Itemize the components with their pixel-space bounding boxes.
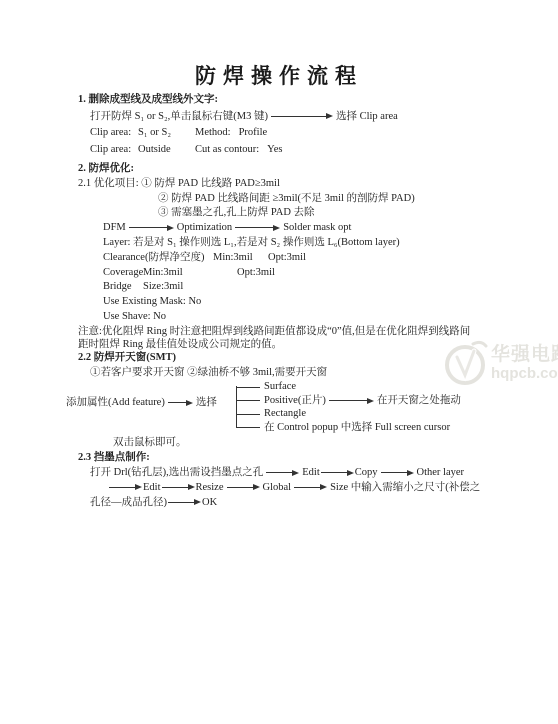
method-key: Method:: [195, 127, 231, 138]
cut-as-contour-key: Cut as contour:: [195, 144, 259, 155]
use-shave-line: Use Shave: No: [78, 310, 508, 325]
dfm-step: DFM: [103, 222, 126, 233]
section21-row: 2.1 优化项目: ① 防焊 PAD 比线路 PAD≥3mil: [78, 177, 508, 192]
optimization-step: Optimization: [177, 222, 232, 233]
ok-step: OK: [202, 497, 217, 508]
add-feature-flow: 添加属性(Add feature)选择: [66, 396, 217, 410]
ink-dam-flow-line-2: EditResizeGlobalSize 中输入需缩小之尺寸(补偿之: [78, 481, 508, 496]
other-layer-step: Other layer: [417, 467, 465, 478]
hole-diameter-text: 孔径—成品孔径): [90, 497, 167, 508]
watermark-text: 华强电路 hqpcb.com: [491, 345, 558, 382]
cut-as-contour-value: Yes: [267, 144, 282, 155]
branch-stub-line: [236, 414, 260, 415]
section1-heading: 1. 删除成型线及成型线外文字:: [78, 92, 508, 109]
drag-hint-label: 在开天窗之处拖动: [377, 394, 461, 408]
opt-item-3: ③ 需塞墨之孔,孔上防焊 PAD 去除: [78, 206, 508, 221]
flow-arrow-icon: [235, 225, 280, 231]
document-body: 1. 删除成型线及成型线外文字: 打开防焊 S₁ or S₂,单击鼠标右键(M3…: [78, 92, 508, 510]
page-title: 防焊操作流程: [0, 60, 558, 90]
branch-stub-line: [236, 387, 260, 388]
hqpcb-watermark: 华强电路 hqpcb.com: [443, 338, 558, 388]
size-input-text: Size 中输入需缩小之尺寸(补偿之: [330, 482, 480, 493]
global-step: Global: [263, 482, 292, 493]
control-popup-label: 在 Control popup 中选择 Full screen cursor: [264, 421, 450, 435]
rectangle-label: Rectangle: [264, 407, 306, 421]
branch-positive: Positive(正片)在开天窗之处拖动: [236, 394, 461, 408]
flow-arrow-icon: [162, 484, 195, 490]
flow-arrow-icon: [271, 113, 333, 119]
section1-flow: 打开防焊 S₁ or S₂,单击鼠标右键(M3 键)选择 Clip area: [78, 109, 508, 126]
coverage-row: CoverageMin:3milOpt:3mil: [78, 266, 508, 281]
branch-control-popup: 在 Control popup 中选择 Full screen cursor: [236, 421, 450, 435]
ink-dam-flow-line-3: 孔径—成品孔径)OK: [78, 496, 508, 511]
bridge-label: Bridge: [103, 280, 143, 295]
add-feature-label: 添加属性(Add feature): [66, 397, 165, 408]
clip-area-value: Outside: [138, 142, 195, 159]
flow-arrow-icon: [168, 499, 201, 505]
flow-arrow-icon: [321, 470, 354, 476]
smt-branch-diagram: 添加属性(Add feature)选择 Surface Positive(正片)…: [66, 380, 516, 436]
clip-area-key: Clip area:: [90, 142, 138, 159]
flow-arrow-icon: [381, 470, 414, 476]
open-drl-text: 打开 Drl(钻孔层),选出需设挡墨点之孔: [90, 467, 263, 478]
double-click-note: 双击鼠标即可。: [78, 436, 508, 451]
clearance-label: Clearance(防焊净空度): [103, 251, 213, 266]
opt-item-1: ① 防焊 PAD 比线路 PAD≥3mil: [141, 178, 280, 189]
flow-arrow-icon: [329, 398, 374, 404]
coverage-min: Min:3mil: [143, 266, 237, 281]
clip-area-value: S₁ or S₂: [138, 125, 195, 142]
clearance-row: Clearance(防焊净空度)Min:3milOpt:3mil: [78, 251, 508, 266]
note-line-1: 注意:优化阻焊 Ring 时注意把阻焊到线路间距值都设成“0”值,但是在优化阻焊…: [78, 325, 508, 338]
branch-rectangle: Rectangle: [236, 407, 306, 421]
coverage-opt: Opt:3mil: [237, 267, 275, 278]
watermark-brand-name: 华强电路: [491, 345, 558, 365]
clearance-opt: Opt:3mil: [268, 252, 306, 263]
dfm-flow: DFMOptimizationSolder mask opt: [78, 221, 508, 236]
select-label: 选择: [196, 397, 217, 408]
clip-area-key: Clip area:: [90, 125, 138, 142]
flow-arrow-icon: [227, 484, 260, 490]
flow-arrow-icon: [129, 225, 174, 231]
opt-item-2: ② 防焊 PAD 比线路间距 ≥3mil(不足 3mil 的剖防焊 PAD): [78, 192, 508, 207]
section1-flow-result: 选择 Clip area: [336, 111, 398, 122]
branch-surface: Surface: [236, 380, 296, 394]
edit-step: Edit: [143, 482, 161, 493]
copy-step: Copy: [355, 467, 378, 478]
resize-step: Resize: [196, 482, 224, 493]
clip-area-row-2: Clip area:OutsideCut as contour:Yes: [78, 142, 508, 159]
positive-label: Positive(正片): [264, 394, 326, 408]
use-existing-mask-line: Use Existing Mask: No: [78, 295, 508, 310]
hqpcb-logo-icon: [443, 338, 489, 388]
coverage-label: Coverage: [103, 266, 143, 281]
solder-mask-opt-step: Solder mask opt: [283, 222, 351, 233]
branch-stub-line: [236, 400, 260, 401]
bridge-size: Size:3mil: [143, 281, 183, 292]
surface-label: Surface: [264, 380, 296, 394]
document-page: 防焊操作流程 1. 删除成型线及成型线外文字: 打开防焊 S₁ or S₂,单击…: [0, 0, 558, 724]
flow-arrow-icon: [294, 484, 327, 490]
flow-arrow-icon: [266, 470, 299, 476]
clip-area-row-1: Clip area:S₁ or S₂Method:Profile: [78, 125, 508, 142]
bridge-row: BridgeSize:3mil: [78, 280, 508, 295]
flow-arrow-icon: [109, 484, 142, 490]
branch-stub-line: [236, 427, 260, 428]
clearance-min: Min:3mil: [213, 251, 268, 266]
section1-flow-text: 打开防焊 S₁ or S₂,单击鼠标右键(M3 键): [90, 111, 268, 122]
method-value: Profile: [239, 127, 268, 138]
section21-label: 2.1 优化项目:: [78, 178, 139, 189]
section23-heading: 2.3 挡墨点制作:: [78, 451, 508, 466]
watermark-domain: hqpcb.com: [491, 365, 558, 382]
edit-step: Edit: [302, 467, 320, 478]
ink-dam-flow-line-1: 打开 Drl(钻孔层),选出需设挡墨点之孔EditCopyOther layer: [78, 466, 508, 481]
section2-heading: 2. 防焊优化:: [78, 162, 508, 177]
flow-arrow-icon: [168, 400, 193, 406]
layer-line: Layer: 若是对 S₁ 操作则选 L₁,若是对 S₂ 操作则选 L₆(Bot…: [78, 236, 508, 251]
